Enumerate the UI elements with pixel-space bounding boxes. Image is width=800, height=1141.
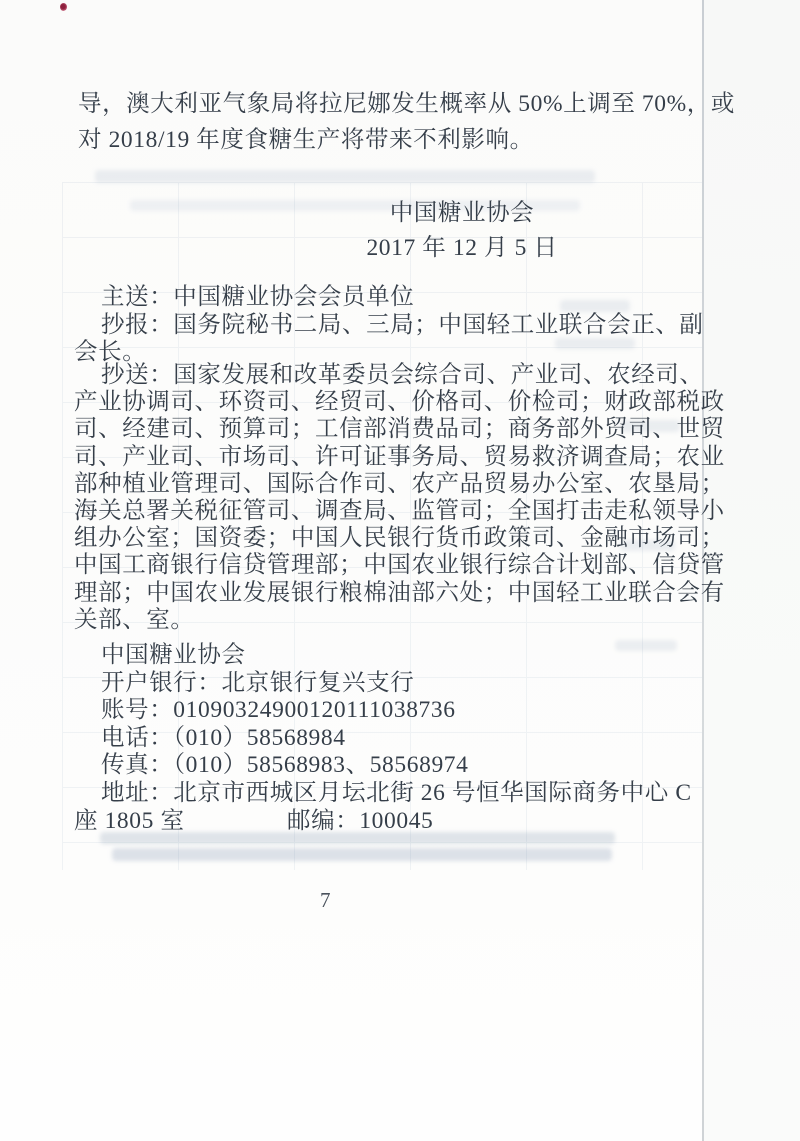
red-ink-dot-artifact xyxy=(60,3,67,11)
signature-block: 中国糖业协会 2017 年 12 月 5 日 xyxy=(312,196,612,266)
copy-send-line: 司、产业司、市场司、许可证事务局、贸易救济调查局；农业 xyxy=(74,444,654,471)
contact-address-line1: 地址：北京市西城区月坛北街 26 号恒华国际商务中心 C xyxy=(74,780,654,808)
page-number: 7 xyxy=(320,888,332,913)
signature-date: 2017 年 12 月 5 日 xyxy=(312,231,612,266)
contact-postcode: 邮编：100045 xyxy=(287,808,433,836)
copy-send-line: 抄送：国家发展和改革委员会综合司、产业司、农经司、 xyxy=(74,362,654,389)
contact-block: 中国糖业协会 开户银行：北京银行复兴支行 账号：0109032490012011… xyxy=(74,642,654,835)
contact-org: 中国糖业协会 xyxy=(74,642,654,670)
distribution-block: 主送：中国糖业协会会员单位 抄报：国务院秘书二局、三局；中国轻工业联合会正、副 … xyxy=(74,284,654,367)
copy-send-line: 海关总署关税征管司、调查局、监管司；全国打击走私领导小 xyxy=(74,498,654,525)
main-send-line: 主送：中国糖业协会会员单位 xyxy=(74,284,654,312)
copy-report-line: 抄报：国务院秘书二局、三局；中国轻工业联合会正、副 xyxy=(74,312,654,340)
copy-send-line: 司、经建司、预算司；工信部消费品司；商务部外贸司、世贸 xyxy=(74,416,654,443)
scanned-page: 导，澳大利亚气象局将拉尼娜发生概率从 50%上调至 70%，或 对 2018/1… xyxy=(0,0,800,1141)
intro-line: 对 2018/19 年度食糖生产将带来不利影响。 xyxy=(78,122,658,158)
copy-send-line: 关部、室。 xyxy=(74,607,654,634)
intro-paragraph: 导，澳大利亚气象局将拉尼娜发生概率从 50%上调至 70%，或 对 2018/1… xyxy=(78,86,658,158)
copy-send-line: 部种植业管理司、国际合作司、农产品贸易办公室、农垦局； xyxy=(74,471,654,498)
copy-send-paragraph: 抄送：国家发展和改革委员会综合司、产业司、农经司、 产业协调司、环资司、经贸司、… xyxy=(74,362,654,634)
contact-account: 账号：01090324900120111038736 xyxy=(74,697,654,725)
copy-send-line: 组办公室；国资委；中国人民银行货币政策司、金融市场司； xyxy=(74,525,654,552)
contact-bank: 开户银行：北京银行复兴支行 xyxy=(74,670,654,698)
contact-fax: 传真：（010）58568983、58568974 xyxy=(74,752,654,780)
contact-address-line2-row: 座 1805 室 邮编：100045 xyxy=(74,808,654,836)
copy-send-line: 中国工商银行信贷管理部；中国农业银行综合计划部、信贷管 xyxy=(74,552,654,579)
intro-line: 导，澳大利亚气象局将拉尼娜发生概率从 50%上调至 70%，或 xyxy=(78,86,658,122)
bleed-through-smudge xyxy=(112,848,612,861)
bleed-through-smudge xyxy=(95,170,595,183)
contact-phone: 电话：（010）58568984 xyxy=(74,725,654,753)
contact-address-line2: 座 1805 室 xyxy=(74,808,185,834)
copy-send-line: 理部；中国农业发展银行粮棉油部六处；中国轻工业联合会有 xyxy=(74,580,654,607)
signature-org: 中国糖业协会 xyxy=(312,196,612,231)
copy-send-line: 产业协调司、环资司、经贸司、价格司、价检司；财政部税政 xyxy=(74,389,654,416)
